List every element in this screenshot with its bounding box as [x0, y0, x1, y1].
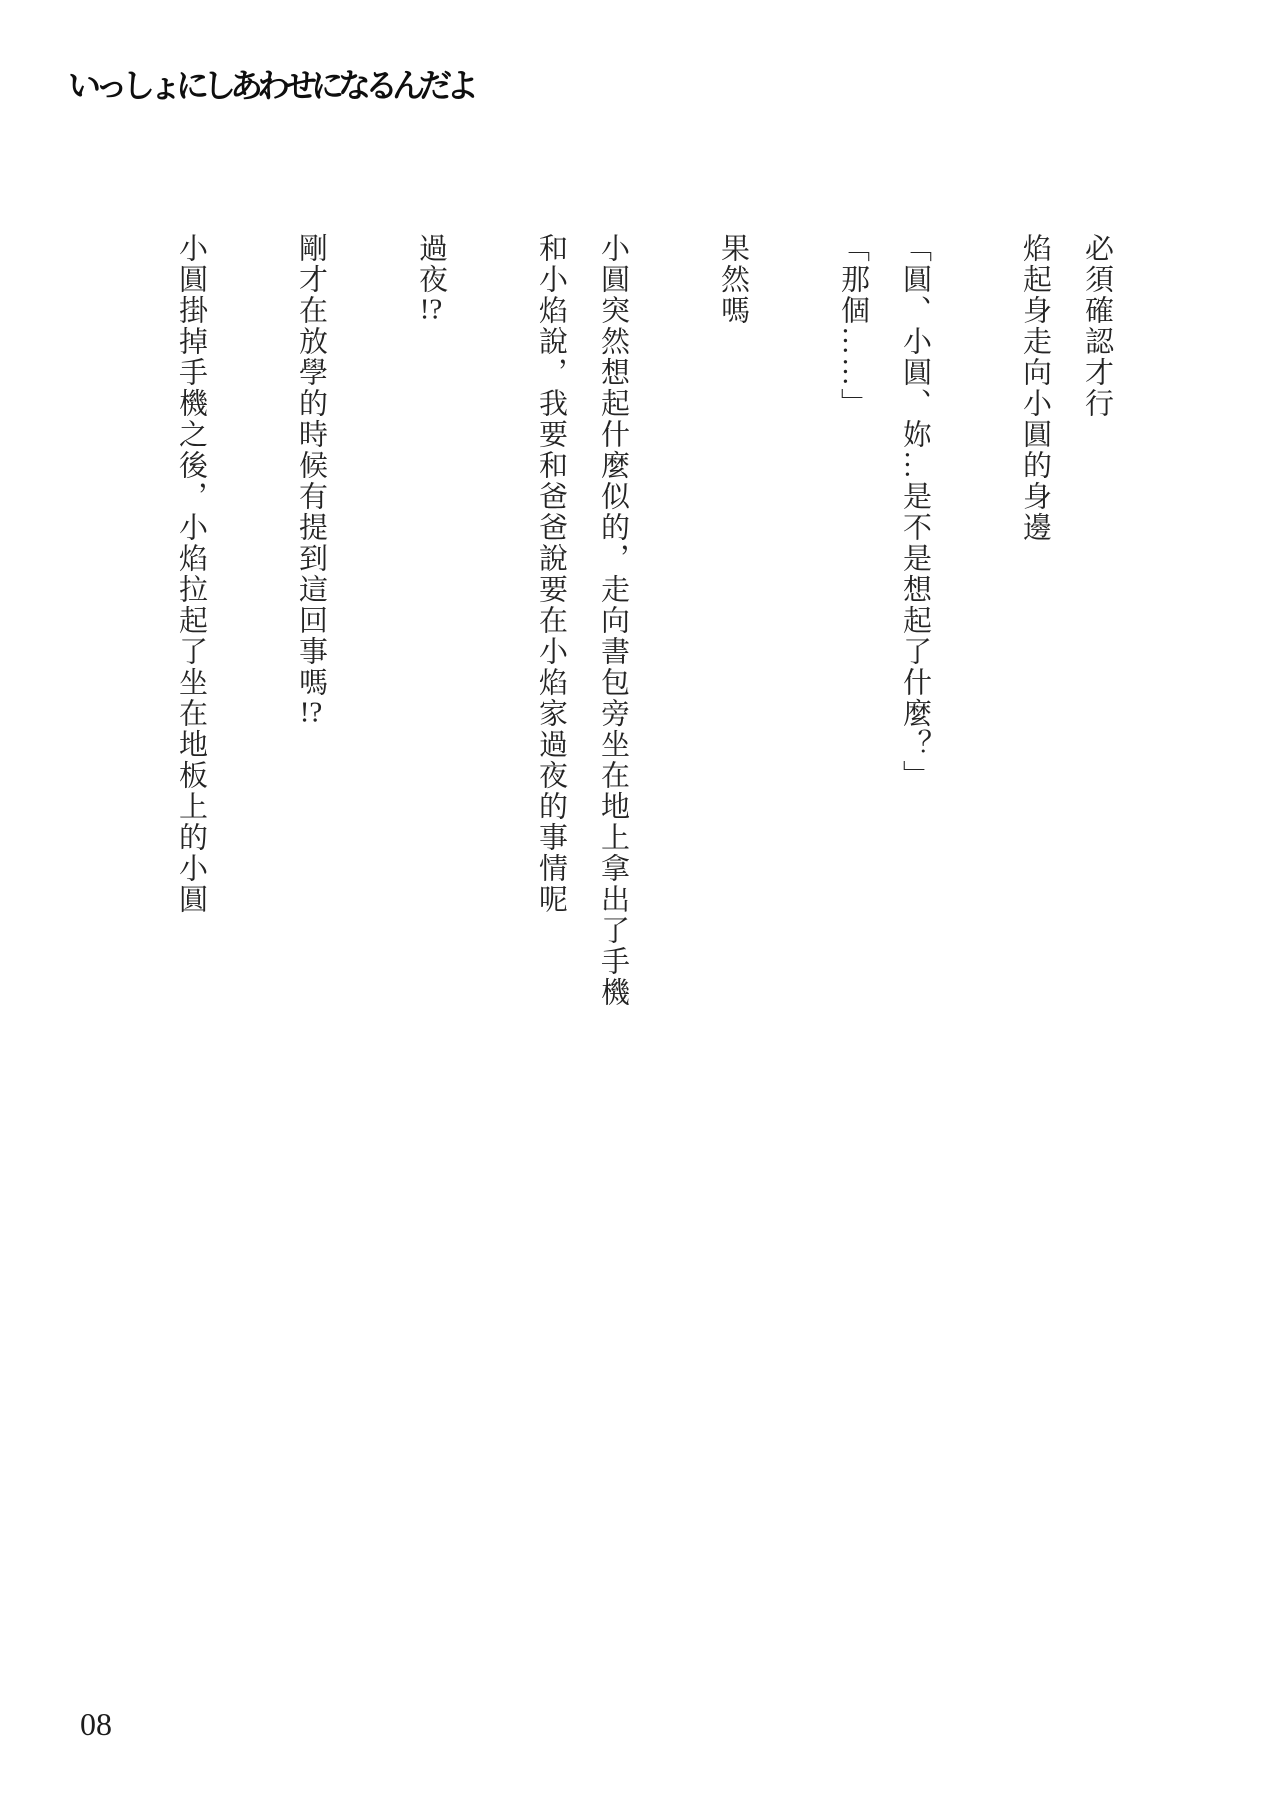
- paragraph: 小圓掛掉手機之後，小焰拉起了坐在地板上的小圓: [160, 233, 222, 1095]
- line-text: 「那個……」: [837, 233, 869, 419]
- text-line: 焰起身走向小圓的身邊: [1004, 233, 1066, 1095]
- paragraph: 必須確認才行 焰起身走向小圓的身邊: [1004, 233, 1128, 1095]
- text-line: 小圓掛掉手機之後，小焰拉起了坐在地板上的小圓: [160, 233, 222, 1095]
- exclamation-question-mark: !?: [415, 295, 447, 324]
- line-text: 「圓、小圓、妳…是不是想起了什麼？」: [899, 233, 931, 791]
- line-text: 必須確認才行: [1081, 233, 1113, 419]
- exclamation-question-mark: !?: [295, 698, 327, 727]
- paragraph: 小圓突然想起什麼似的，走向書包旁坐在地上拿出了手機 和小焰說，我要和爸爸說要在小…: [520, 233, 644, 1095]
- page-header-title: いっしょにしあわせになるんだよ: [68, 60, 473, 107]
- novel-page: いっしょにしあわせになるんだよ 必須確認才行 焰起身走向小圓的身邊 「圓、小圓、…: [0, 0, 1280, 1816]
- line-text: 小圓突然想起什麼似的，走向書包旁坐在地上拿出了手機: [597, 233, 629, 1008]
- line-text: 過夜: [415, 233, 447, 295]
- text-line: 「那個……」: [822, 233, 884, 1095]
- line-text: 剛才在放學的時候有提到這回事嗎: [295, 233, 327, 698]
- text-line: 過夜!?: [400, 233, 462, 1095]
- text-line: 「圓、小圓、妳…是不是想起了什麼？」: [884, 233, 946, 1095]
- line-text: 果然嗎: [717, 233, 749, 326]
- line-text: 小圓掛掉手機之後，小焰拉起了坐在地板上的小圓: [175, 233, 207, 915]
- page-number: 08: [80, 1706, 112, 1743]
- line-text: 和小焰說，我要和爸爸說要在小焰家過夜的事情呢: [535, 233, 567, 915]
- text-line: 必須確認才行: [1066, 233, 1128, 1095]
- paragraph: 過夜!?: [400, 233, 462, 1095]
- paragraph-dialogue: 「圓、小圓、妳…是不是想起了什麼？」 「那個……」: [822, 233, 946, 1095]
- text-line: 和小焰說，我要和爸爸說要在小焰家過夜的事情呢: [520, 233, 582, 1095]
- paragraph: 果然嗎: [702, 233, 764, 1095]
- text-line: 果然嗎: [702, 233, 764, 1095]
- line-text: 焰起身走向小圓的身邊: [1019, 233, 1051, 543]
- text-line: 小圓突然想起什麼似的，走向書包旁坐在地上拿出了手機: [582, 233, 644, 1095]
- vertical-text-block: 必須確認才行 焰起身走向小圓的身邊 「圓、小圓、妳…是不是想起了什麼？」 「那個…: [160, 233, 1128, 1095]
- paragraph: 剛才在放學的時候有提到這回事嗎!?: [280, 233, 342, 1095]
- text-line: 剛才在放學的時候有提到這回事嗎!?: [280, 233, 342, 1095]
